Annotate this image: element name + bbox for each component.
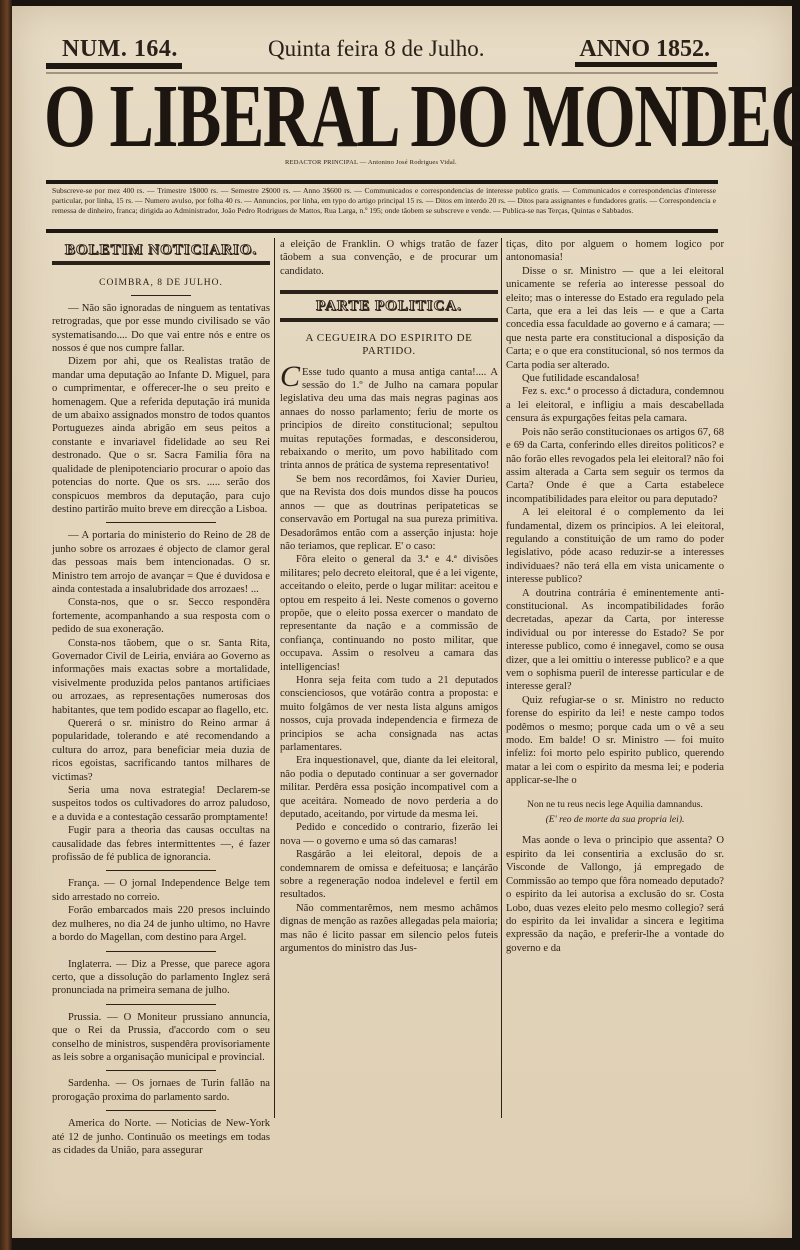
column-boletim: BOLETIM NOTICIARIO. COIMBRA, 8 DE JULHO.… [52, 238, 270, 1157]
section-title: BOLETIM NOTICIARIO. [52, 244, 270, 257]
paragraph: — Não são ignoradas de ninguem as tentat… [52, 302, 270, 356]
rule [106, 1070, 216, 1071]
redactor-line: REDACTOR PRINCIPAL — Antonino José Rodri… [285, 159, 457, 166]
issue-date: Quinta feira 8 de Julho. [268, 36, 485, 62]
article-title: A CEGUEIRA DO ESPIRITO DE PARTIDO. [280, 332, 498, 358]
paragraph: Pedido e concedido o contrario, fizerão … [280, 821, 498, 848]
dateline: COIMBRA, 8 DE JULHO. [52, 277, 270, 290]
paragraph: Dizem por ahi, que os Realistas tratão d… [52, 355, 270, 516]
column-rule [501, 238, 502, 1118]
section-rule [52, 261, 270, 265]
paragraph: Mas aonde o leva o principio que assenta… [506, 834, 724, 955]
issue-number: NUM. 164. [62, 36, 178, 63]
column-rule [274, 238, 275, 1118]
news-item-england: Inglaterra. — Diz a Presse, que parece a… [52, 958, 270, 998]
section-title: PARTE POLITICA. [280, 300, 498, 313]
paragraph: Quiz refugiar-se o sr. Ministro no reduc… [506, 694, 724, 788]
drop-cap: C [280, 366, 300, 388]
rule [106, 870, 216, 871]
news-item-america: America do Norte. — Noticias de New-York… [52, 1117, 270, 1157]
paragraph: Consta-nos tãobem, que o sr. Santa Rita,… [52, 637, 270, 717]
divider [46, 180, 718, 184]
paragraph: Disse o sr. Ministro — que a lei eleitor… [506, 265, 724, 372]
quote-translation: (E' reo de morte da sua propria lei). [506, 813, 724, 826]
paragraph: Honra seja feita com tudo a 21 deputados… [280, 674, 498, 754]
paragraph: Que futilidade escandalosa! [506, 372, 724, 385]
column-politica-cont: tiças, dito por alguem o homem logico po… [506, 238, 724, 955]
rule [106, 951, 216, 952]
news-item-sardinia: Sardenha. — Os jornaes de Turin fallão n… [52, 1077, 270, 1104]
news-item-prussia: Prussia. — O Moniteur prussiano annuncia… [52, 1011, 270, 1065]
paragraph: Esse tudo quanto a musa antiga canta!...… [280, 367, 498, 472]
newspaper-title: O LIBERAL DO MONDEGO. [44, 76, 725, 158]
latin-quote: Non ne tu reus necis lege Aquilia damnan… [506, 798, 724, 811]
section-rule [280, 290, 498, 294]
paragraph: Se bem nos recordâmos, foi Xavier Durieu… [280, 473, 498, 553]
rule [106, 522, 216, 523]
book-binding [0, 0, 12, 1250]
paragraph: Quererá o sr. ministro do Reino armar á … [52, 717, 270, 784]
paragraph: Consta-nos, que o sr. Secco respondêra f… [52, 596, 270, 636]
paragraph: Fugir para a theoria das causas occultas… [52, 824, 270, 864]
paragraph: Era inquestionavel, que, diante da lei e… [280, 754, 498, 821]
rule [131, 295, 191, 296]
paragraph: tiças, dito por alguem o homem logico po… [506, 238, 724, 265]
paragraph: A doutrina contrária é eminentemente ant… [506, 587, 724, 694]
paragraph: a eleição de Franklin. O whigs tratão de… [280, 238, 498, 278]
column-politica: a eleição de Franklin. O whigs tratão de… [280, 238, 498, 956]
rule [106, 1110, 216, 1111]
issue-year: ANNO 1852. [579, 36, 710, 63]
paragraph: Forão embarcados mais 220 presos incluin… [52, 904, 270, 944]
divider [46, 229, 718, 233]
paragraph: Fez s. exc.ª o processo á dictadura, con… [506, 385, 724, 425]
paragraph: Fôra eleito o general da 3.ª e 4.ª divis… [280, 553, 498, 674]
rule [106, 1004, 216, 1005]
paragraph: A lei eleitoral é o complemento da lei f… [506, 506, 724, 586]
paragraph: — A portaria do ministerio do Reino de 2… [52, 529, 270, 596]
paragraph: Não commentarêmos, nem mesmo achâmos dig… [280, 902, 498, 956]
issue-header: NUM. 164. Quinta feira 8 de Julho. ANNO … [48, 32, 720, 60]
news-item-france: França. — O jornal Independence Belge te… [52, 877, 270, 904]
paragraph: Seria uma nova estrategia! Declarem-se s… [52, 784, 270, 824]
paragraph: Pois não serão constitucionaes os artigo… [506, 426, 724, 506]
paragraph: Rasgárão a lei eleitoral, depois de a co… [280, 848, 498, 902]
section-rule [280, 318, 498, 322]
subscription-terms: Subscreve-se por mez 400 rs. — Trimestre… [52, 186, 716, 216]
